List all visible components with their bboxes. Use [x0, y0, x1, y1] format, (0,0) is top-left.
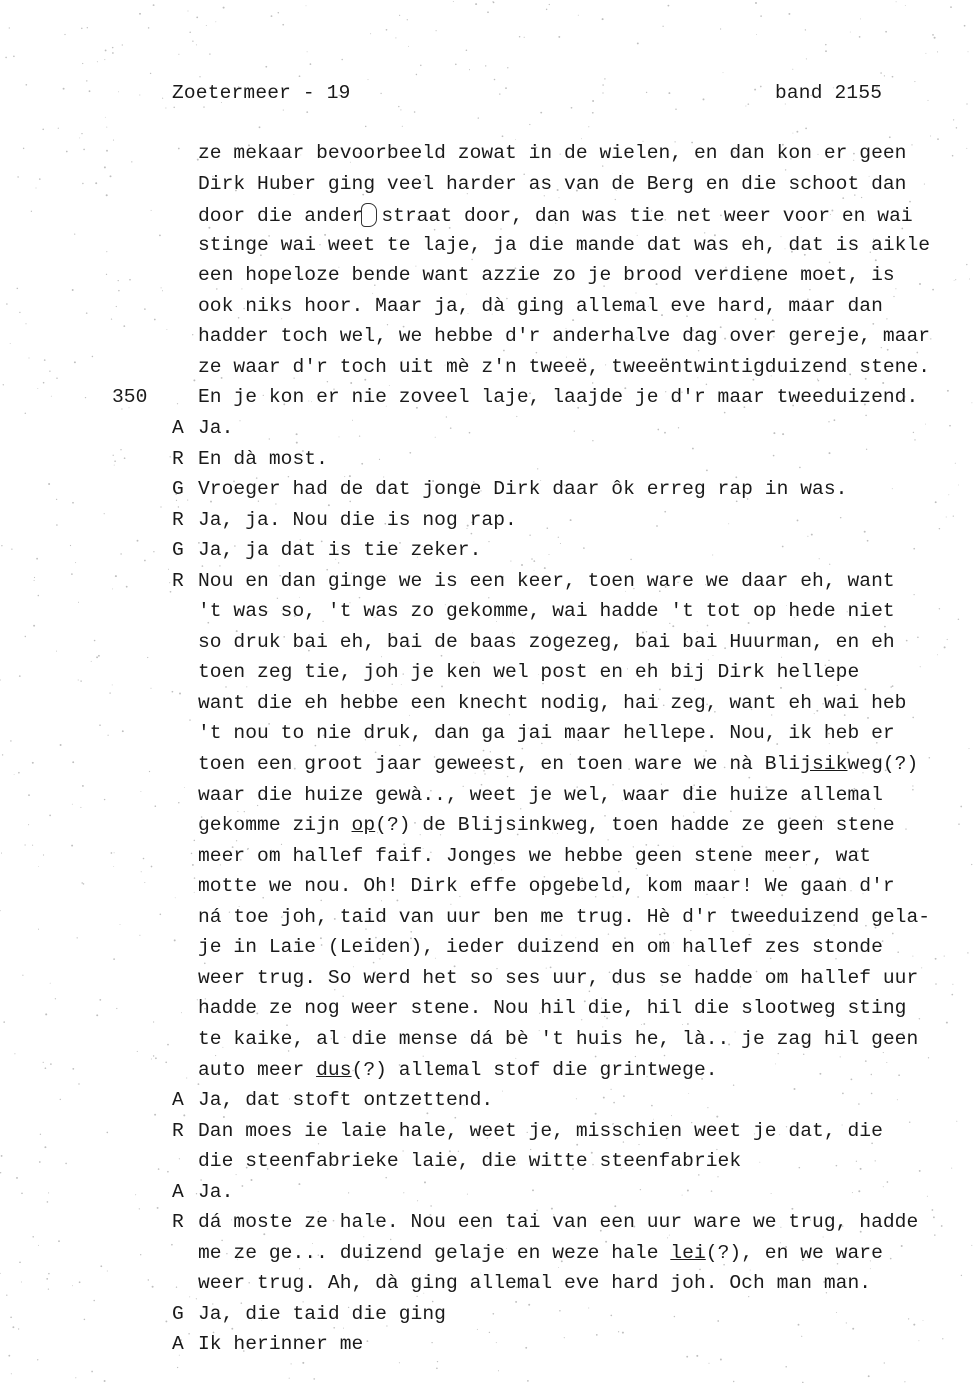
line-text: ze waar d'r toch uit mè z'n tweeë, tweeë… — [198, 356, 930, 378]
line-text: Ja, die taid die ging — [198, 1303, 446, 1325]
line-text: auto meer dus(?) allemal stof die grintw… — [198, 1059, 718, 1081]
line-text: die steenfabrieke laie, die witte steenf… — [198, 1150, 741, 1172]
uncertain-word: jsik — [800, 753, 847, 775]
line-text: ze mekaar bevoorbeeld zowat in de wielen… — [198, 142, 907, 164]
speaker-label: A — [172, 1089, 184, 1111]
speaker-label: A — [172, 417, 184, 439]
line-number: 350 — [112, 386, 147, 408]
line-text: weer trug. Ah, dà ging allemal eve hard … — [198, 1272, 871, 1294]
speaker-label: A — [172, 1181, 184, 1203]
uncertain-word: dus — [316, 1059, 351, 1081]
line-text: Nou en dan ginge we is een keer, toen wa… — [198, 570, 895, 592]
line-text: Ja. — [198, 417, 233, 439]
speaker-label: R — [172, 570, 184, 592]
speaker-label: G — [172, 539, 184, 561]
line-text: hadder toch wel, we hebbe d'r anderhalve… — [198, 325, 930, 347]
line-text: 't nou to nie druk, dan ga jai maar hell… — [198, 722, 895, 744]
line-text: Ja, ja. Nou die is nog rap. — [198, 509, 517, 531]
line-text: Dirk Huber ging veel harder as van de Be… — [198, 173, 907, 195]
speaker-label: G — [172, 478, 184, 500]
line-text: Vroeger had de dat jonge Dirk daar ôk er… — [198, 478, 847, 500]
speaker-label: R — [172, 448, 184, 470]
line-text: toen zeg tie, joh je ken wel post en eh … — [198, 661, 859, 683]
line-text: weer trug. So werd het so ses uur, dus s… — [198, 967, 918, 989]
line-text: Dan moes ie laie hale, weet je, misschie… — [198, 1120, 883, 1142]
line-text: Ja. — [198, 1181, 233, 1203]
line-text: want die eh hebbe een knecht nodig, hai … — [198, 692, 907, 714]
line-text: En je kon er nie zoveel laje, laajde je … — [198, 386, 918, 408]
line-text: Ja, dat stoft ontzettend. — [198, 1089, 493, 1111]
line-text: so druk bai eh, bai de baas zogezeg, bai… — [198, 631, 895, 653]
line-text: dá moste ze hale. Nou een tai van een uu… — [198, 1211, 918, 1233]
line-text: stinge wai weet te laje, ja die mande da… — [198, 234, 930, 256]
speaker-label: G — [172, 1303, 184, 1325]
line-text: toen een groot jaar geweest, en toen war… — [198, 753, 918, 775]
uncertain-word: op — [352, 814, 376, 836]
line-text: waar die huize gewà.., weet je wel, waar… — [198, 784, 883, 806]
header-tape-number: band 2155 — [775, 82, 882, 104]
speaker-label: R — [172, 1120, 184, 1142]
line-text: je in Laie (Leiden), ieder duizend en om… — [198, 936, 883, 958]
line-text: door die anderstraat door, dan was tie n… — [198, 203, 913, 227]
speaker-label: R — [172, 1211, 184, 1233]
line-text: Ik herinner me — [198, 1333, 363, 1355]
line-text: Ja, ja dat is tie zeker. — [198, 539, 481, 561]
line-text: ook niks hoor. Maar ja, dà ging allemal … — [198, 295, 883, 317]
transcript-page: Zoetermeer - 19 band 2155 ze mekaar bevo… — [0, 0, 973, 1383]
line-text: motte we nou. Oh! Dirk effe opgebeld, ko… — [198, 875, 895, 897]
line-text: meer om hallef faif. Jonges we hebbe gee… — [198, 845, 871, 867]
uncertain-word: lei — [670, 1242, 705, 1264]
line-text: gekomme zijn op(?) de Blijsinkweg, toen … — [198, 814, 895, 836]
line-text: ná toe joh, taid van uur ben me trug. Hè… — [198, 906, 930, 928]
speaker-label: A — [172, 1333, 184, 1355]
line-text: een hopeloze bende want azzie zo je broo… — [198, 264, 895, 286]
line-text: En dà most. — [198, 448, 328, 470]
header-location: Zoetermeer - 19 — [172, 82, 351, 104]
line-text: 't was so, 't was zo gekomme, wai hadde … — [198, 600, 895, 622]
line-text: hadde ze nog weer stene. Nou hil die, hi… — [198, 997, 907, 1019]
line-text: te kaike, al die mense dá bè 't huis he,… — [198, 1028, 918, 1050]
handwritten-correction-mark — [361, 203, 377, 227]
speaker-label: R — [172, 509, 184, 531]
line-text: me ze ge... duizend gelaje en weze hale … — [198, 1242, 883, 1264]
